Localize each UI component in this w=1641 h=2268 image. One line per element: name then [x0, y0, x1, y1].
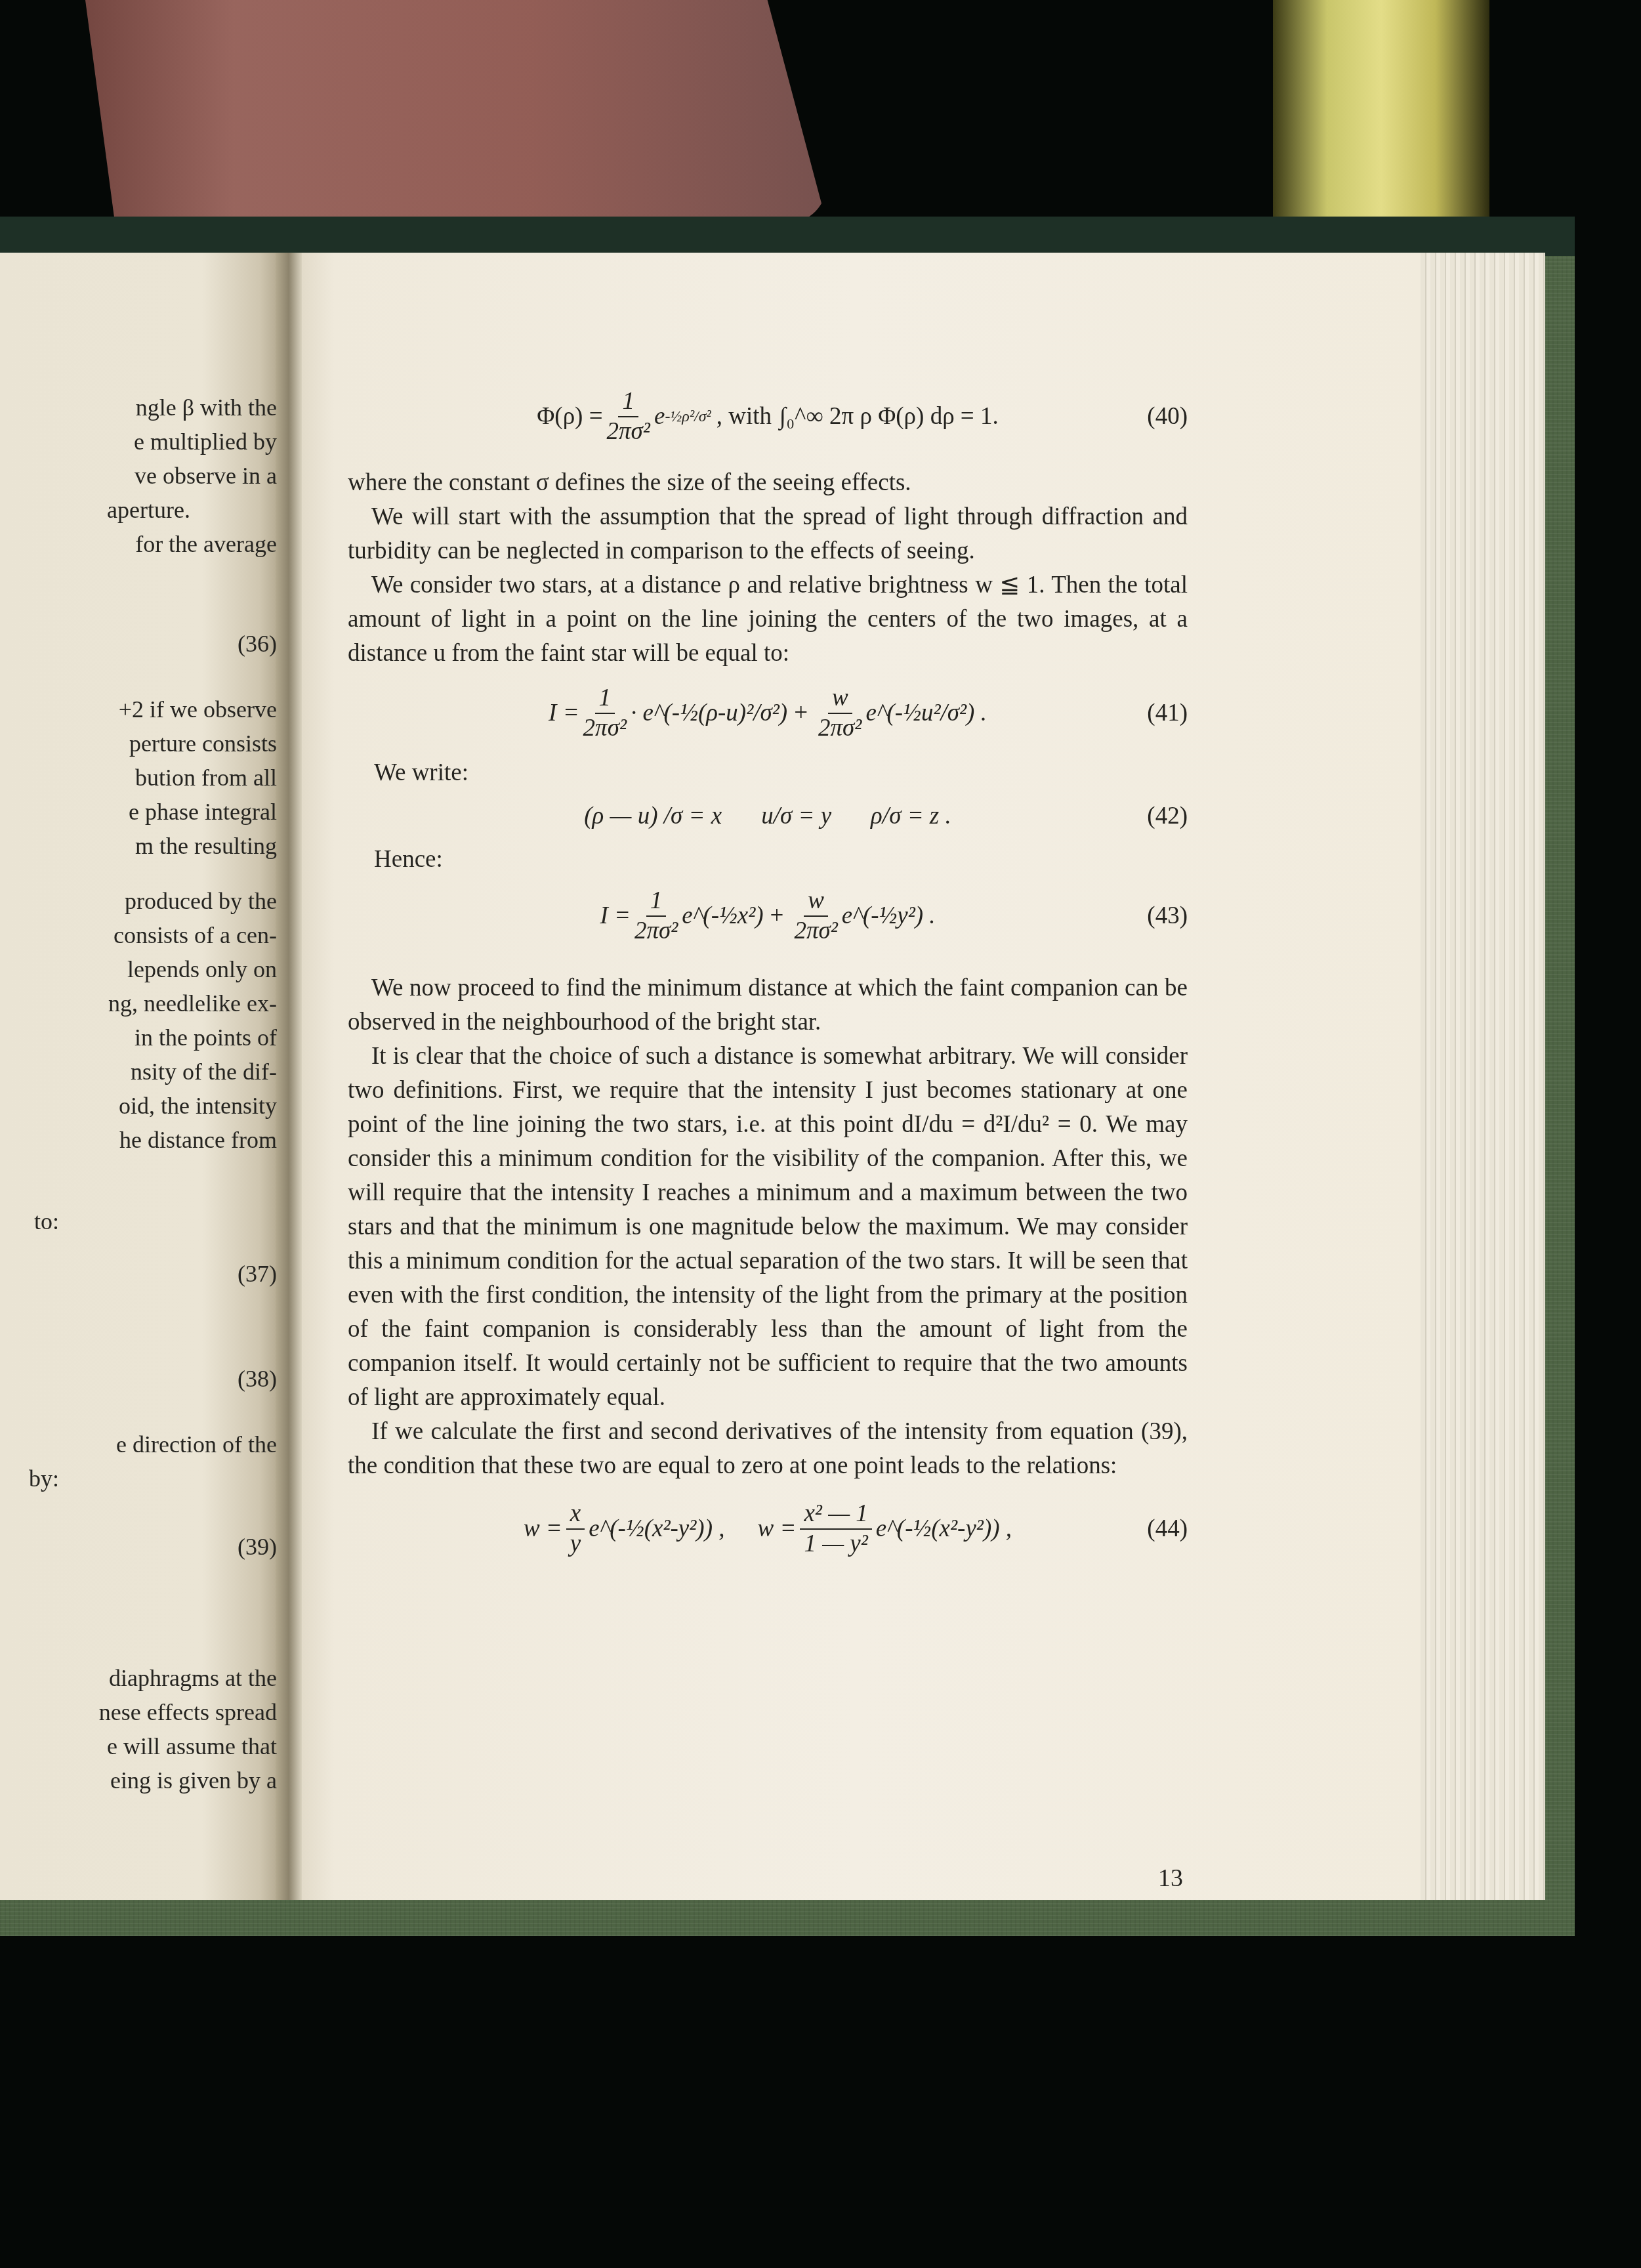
paragraph: where the constant σ defines the size of…: [348, 466, 1188, 500]
equation-number: (36): [238, 630, 277, 658]
equation-number: (42): [1147, 799, 1188, 833]
equation-41: I = 1 2πσ² · e^(-½(ρ-u)²/σ²) + w 2πσ² e^…: [348, 671, 1188, 756]
left-line: oid, the intensity: [119, 1092, 277, 1120]
page-edges: [1421, 253, 1545, 1900]
thumb: [85, 0, 827, 223]
left-line: ve observe in a: [135, 462, 277, 490]
left-line: diaphragms at the: [109, 1664, 277, 1692]
left-line: nsity of the dif-: [131, 1058, 277, 1085]
left-line: nese effects spread: [99, 1698, 277, 1726]
eq43-fraction-2: w 2πσ²: [794, 887, 837, 946]
left-line: he distance from: [119, 1126, 277, 1154]
label-we-write: We write:: [348, 756, 1188, 790]
left-line: by:: [29, 1465, 59, 1492]
equation-number: (44): [1147, 1512, 1188, 1546]
book-gutter: [276, 253, 302, 1900]
eq41-fraction-2: w 2πσ²: [818, 684, 862, 743]
right-page-body: Φ(ρ) = 1 2πσ² e-½ρ²/σ² , with ∫₀^∞ 2π ρ …: [348, 367, 1188, 1575]
equation-number: (41): [1147, 696, 1188, 730]
left-line: lepends only on: [127, 955, 277, 983]
left-line: produced by the: [125, 887, 277, 915]
light-reflection: [1273, 0, 1489, 220]
equation-42: (ρ — u) /σ = x u/σ = y ρ/σ = z . (42): [348, 790, 1188, 843]
eq41-fraction-1: 1 2πσ²: [583, 684, 627, 743]
left-line: e phase integral: [129, 798, 277, 826]
left-line: in the points of: [135, 1024, 277, 1051]
book-cover-top-edge: [0, 217, 1575, 256]
eq44-fraction-2: x² — 1 1 — y²: [800, 1500, 871, 1559]
left-line: e direction of the: [116, 1431, 277, 1458]
left-line: e multiplied by: [134, 428, 277, 455]
left-line: e will assume that: [107, 1732, 277, 1760]
paragraph: We consider two stars, at a distance ρ a…: [348, 568, 1188, 671]
left-line: perture consists: [129, 730, 277, 757]
paragraph: We now proceed to find the minimum dista…: [348, 971, 1188, 1039]
left-line: aperture.: [107, 496, 190, 524]
left-line: +2 if we observe: [119, 696, 277, 723]
left-line: ngle β with the: [136, 394, 277, 421]
equation-number: (38): [238, 1365, 277, 1393]
eq40-integral: ∫₀^∞ 2π ρ Φ(ρ) dρ = 1.: [779, 400, 999, 434]
equation-number: (40): [1147, 400, 1188, 434]
eq40-fraction: 1 2πσ²: [607, 387, 650, 446]
equation-number: (43): [1147, 899, 1188, 933]
equation-number: (37): [238, 1260, 277, 1288]
left-line: ng, needlelike ex-: [108, 990, 277, 1017]
eq40-lhs: Φ(ρ) =: [537, 400, 602, 434]
paragraph: If we calculate the first and second der…: [348, 1415, 1188, 1483]
left-line: bution from all: [135, 764, 277, 791]
equation-40: Φ(ρ) = 1 2πσ² e-½ρ²/σ² , with ∫₀^∞ 2π ρ …: [348, 367, 1188, 466]
label-hence: Hence:: [348, 843, 1188, 877]
page-number: 13: [1158, 1864, 1183, 1893]
paragraph: We will start with the assumption that t…: [348, 500, 1188, 568]
left-line: m the resulting: [135, 832, 277, 860]
equation-44: w = x y e^(-½(x²-y²)) , w = x² — 1 1 — y…: [348, 1483, 1188, 1575]
left-line: eing is given by a: [110, 1767, 277, 1794]
left-line: to:: [34, 1207, 59, 1235]
equation-43: I = 1 2πσ² e^(-½x²) + w 2πσ² e^(-½y²) . …: [348, 877, 1188, 955]
paragraph: It is clear that the choice of such a di…: [348, 1039, 1188, 1415]
eq43-fraction-1: 1 2πσ²: [634, 887, 678, 946]
left-line: for the average: [135, 530, 277, 558]
eq44-fraction-1: x y: [566, 1500, 585, 1559]
equation-number: (39): [238, 1533, 277, 1561]
left-line: consists of a cen-: [114, 921, 277, 949]
